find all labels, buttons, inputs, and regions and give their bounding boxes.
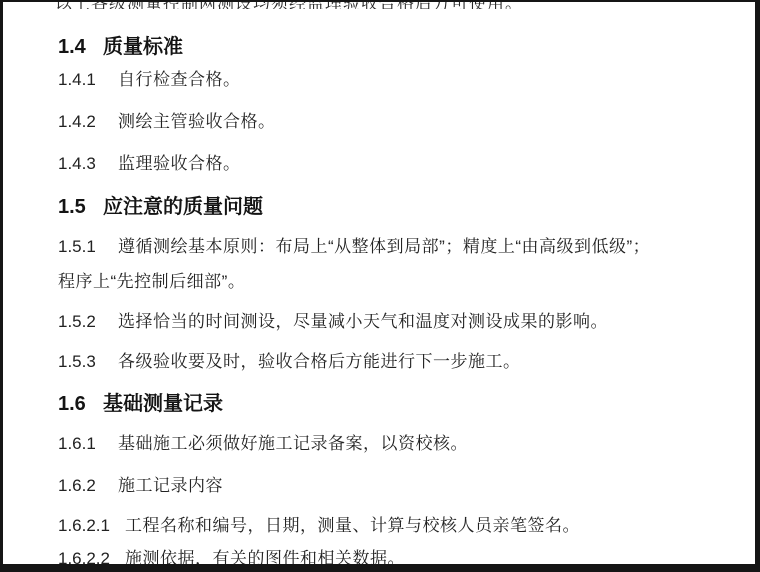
list-item-1-5-1-continuation: 程序上“先控制后细部”。 (58, 267, 245, 292)
item-number: 1.6.2.2 (58, 549, 125, 569)
item-text: 遵循测绘基本原则：布局上“从整体到局部”；精度上“由高级到低级”； (118, 237, 650, 256)
item-text: 程序上“先控制后细部”。 (58, 272, 245, 291)
list-item-1-4-3: 1.4.3监理验收合格。 (58, 149, 241, 174)
list-item-1-6-2-1: 1.6.2.1工程名称和编号，日期，测量、计算与校核人员亲笔签名。 (58, 511, 580, 536)
list-item-1-5-3: 1.5.3各级验收要及时，验收合格后方能进行下一步施工。 (58, 347, 521, 372)
clipped-text: 以上各级测量控制网测设均须经监理验收合格后方可使用。 (55, 2, 555, 9)
item-number: 1.4.3 (58, 154, 118, 174)
item-text: 测绘主管验收合格。 (118, 112, 276, 131)
section-heading-1-5: 1.5应注意的质量问题 (58, 190, 263, 219)
item-text: 施工记录内容 (118, 476, 223, 495)
list-item-1-5-2: 1.5.2选择恰当的时间测设，尽量减小天气和温度对测设成果的影响。 (58, 307, 608, 332)
section-number: 1.5 (58, 196, 103, 219)
list-item-1-6-1: 1.6.1基础施工必须做好施工记录备案，以资校核。 (58, 429, 468, 454)
item-number: 1.4.1 (58, 70, 118, 90)
item-number: 1.5.3 (58, 352, 118, 372)
item-number: 1.6.2 (58, 476, 118, 496)
item-text: 选择恰当的时间测设，尽量减小天气和温度对测设成果的影响。 (118, 312, 608, 331)
list-item-1-4-1: 1.4.1自行检查合格。 (58, 65, 241, 90)
section-title: 基础测量记录 (103, 393, 223, 415)
item-number: 1.6.1 (58, 434, 118, 454)
item-text: 监理验收合格。 (118, 154, 241, 173)
item-number: 1.5.1 (58, 237, 118, 257)
document-page: 以上各级测量控制网测设均须经监理验收合格后方可使用。 1.4质量标准 1.4.1… (0, 0, 760, 572)
section-number: 1.4 (58, 36, 103, 59)
item-number: 1.5.2 (58, 312, 118, 332)
section-title: 应注意的质量问题 (103, 196, 263, 218)
list-item-1-5-1: 1.5.1遵循测绘基本原则：布局上“从整体到局部”；精度上“由高级到低级”； (58, 232, 650, 257)
list-item-1-4-2: 1.4.2测绘主管验收合格。 (58, 107, 276, 132)
section-heading-1-6: 1.6基础测量记录 (58, 387, 223, 416)
list-item-1-6-2-2: 1.6.2.2施测依据，有关的图件和相关数据。 (58, 544, 405, 569)
section-heading-1-4: 1.4质量标准 (58, 30, 183, 59)
item-text: 施测依据，有关的图件和相关数据。 (125, 549, 405, 568)
item-text: 各级验收要及时，验收合格后方能进行下一步施工。 (118, 352, 521, 371)
list-item-1-6-2: 1.6.2施工记录内容 (58, 471, 223, 496)
item-text: 工程名称和编号，日期，测量、计算与校核人员亲笔签名。 (125, 516, 580, 535)
item-number: 1.6.2.1 (58, 516, 125, 536)
clipped-text-line: 以上各级测量控制网测设均须经监理验收合格后方可使用。 (55, 2, 555, 9)
item-number: 1.4.2 (58, 112, 118, 132)
item-text: 自行检查合格。 (118, 70, 241, 89)
item-text: 基础施工必须做好施工记录备案，以资校核。 (118, 434, 468, 453)
section-number: 1.6 (58, 393, 103, 416)
section-title: 质量标准 (103, 36, 183, 58)
